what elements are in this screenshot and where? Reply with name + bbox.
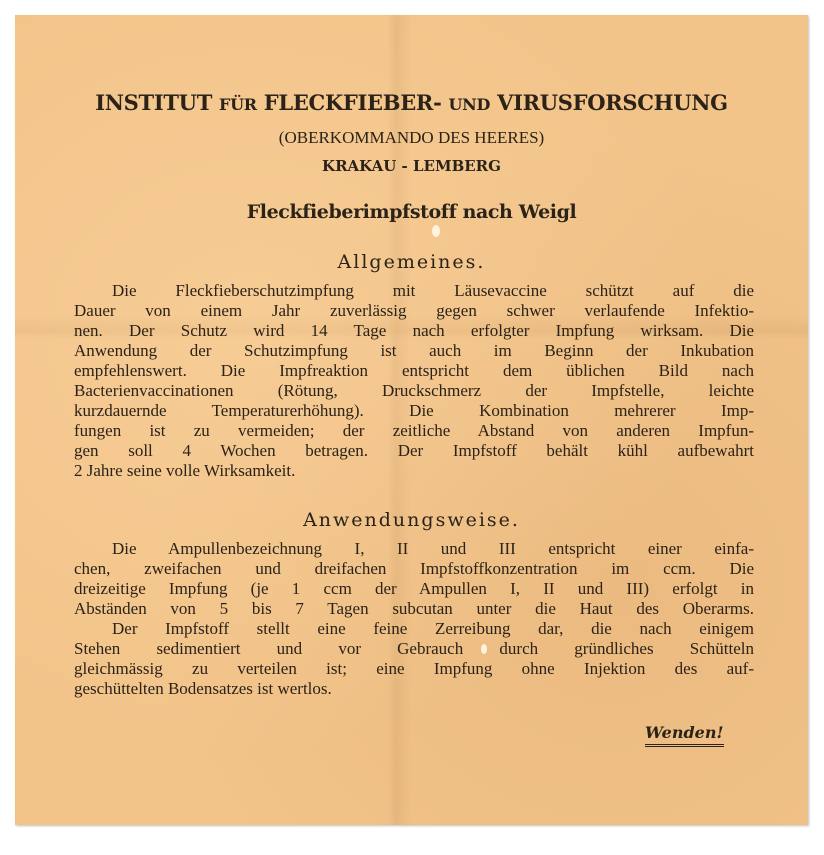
- paper-hole: [481, 644, 487, 654]
- text-line: Stehen sedimentiert und vor Gebrauch dur…: [74, 639, 754, 659]
- document-page: INSTITUT FÜR FLECKFIEBER- UND VIRUSFORSC…: [15, 15, 808, 825]
- text-line: Bacterienvaccinationen (Rötung, Drucksch…: [74, 381, 754, 401]
- institute-heading: INSTITUT FÜR FLECKFIEBER- UND VIRUSFORSC…: [15, 90, 808, 115]
- institute-word: INSTITUT: [95, 90, 212, 115]
- institute-word: UND: [449, 95, 491, 114]
- text-line: fungen ist zu vermeiden; der zeitliche A…: [74, 421, 754, 441]
- text-line: Die Ampullenbezeichnung I, II und III en…: [74, 539, 754, 559]
- text-line: gleichmässig zu verteilen ist; eine Impf…: [74, 659, 754, 679]
- paragraph-allgemeines: Die Fleckfieberschutzimpfung mit Läuseva…: [74, 281, 754, 481]
- document-title: Fleckfieberimpfstoff nach Weigl: [15, 201, 808, 223]
- institute-word: FLECKFIEBER-: [264, 90, 442, 115]
- paragraph-anwendungsweise: Die Ampullenbezeichnung I, II und III en…: [74, 539, 754, 699]
- text-line: Die Fleckfieberschutzimpfung mit Läuseva…: [74, 281, 754, 301]
- text-line: Dauer von einem Jahr zuverlässig gegen s…: [74, 301, 754, 321]
- section-heading-allgemeines: Allgemeines.: [15, 251, 808, 273]
- text-line: Anwendung der Schutzimpfung ist auch im …: [74, 341, 754, 361]
- text-line: nen. Der Schutz wird 14 Tage nach erfolg…: [74, 321, 754, 341]
- section-heading-anwendungsweise: Anwendungsweise.: [15, 509, 808, 531]
- text-line: kurzdauernde Temperaturerhöhung). Die Ko…: [74, 401, 754, 421]
- text-line: Der Impfstoff stellt eine feine Zerreibu…: [74, 619, 754, 639]
- institute-word: FÜR: [219, 95, 257, 114]
- text-line: gen soll 4 Wochen betragen. Der Impfstof…: [74, 441, 754, 461]
- text-line: dreizeitige Impfung (je 1 ccm der Ampull…: [74, 579, 754, 599]
- institute-location: KRAKAU - LEMBERG: [15, 157, 808, 175]
- text-line: chen, zweifachen und dreifachen Impfstof…: [74, 559, 754, 579]
- paper-hole: [432, 225, 440, 237]
- institute-subtitle: (OBERKOMMANDO DES HEERES): [15, 128, 808, 148]
- turn-over-note: Wenden!: [645, 723, 724, 747]
- text-line: geschüttelten Bodensatzes ist wertlos.: [74, 679, 754, 699]
- text-line: 2 Jahre seine volle Wirksamkeit.: [74, 461, 754, 481]
- institute-word: VIRUSFORSCHUNG: [497, 90, 728, 115]
- text-line: Abständen von 5 bis 7 Tagen subcutan unt…: [74, 599, 754, 619]
- text-line: empfehlenswert. Die Impfreaktion entspri…: [74, 361, 754, 381]
